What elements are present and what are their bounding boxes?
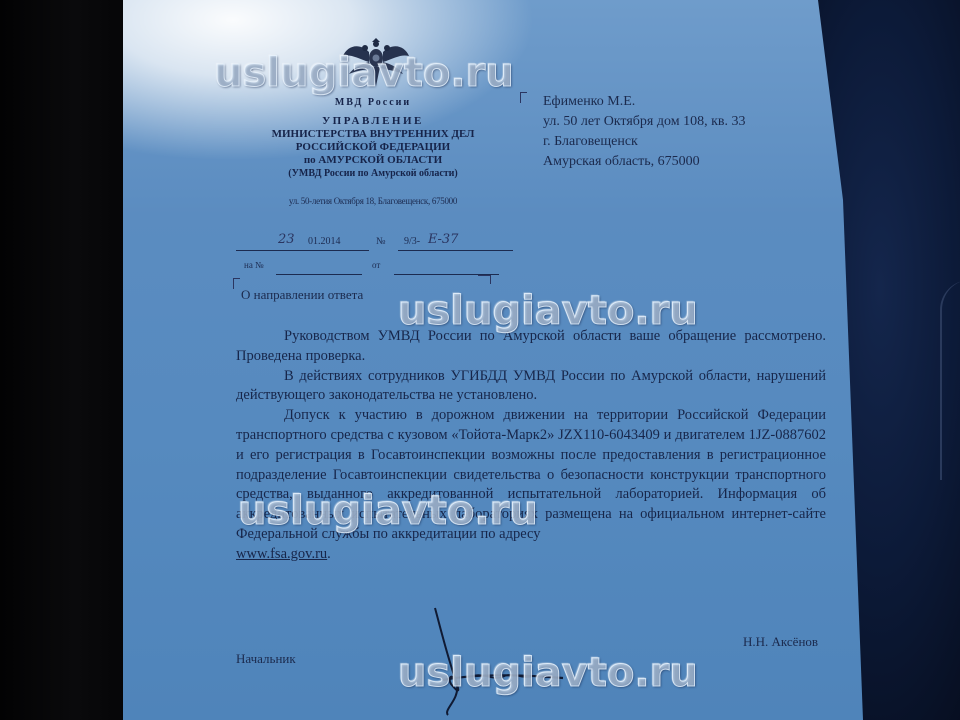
in-reply-label: на № — [244, 260, 264, 270]
number-label: № — [376, 236, 386, 247]
recipient-region: Амурская область, 675000 — [543, 152, 745, 172]
letter-body: Руководством УМВД России по Амурской обл… — [236, 327, 826, 565]
fsa-website-link[interactable]: www.fsa.gov.ru — [236, 546, 327, 562]
handwritten-signature-icon — [413, 600, 573, 720]
body-paragraph-2: В действиях сотрудников УГИБДД УМВД Росс… — [236, 367, 826, 407]
double-headed-eagle-emblem-icon — [341, 34, 411, 92]
recipient-city: г. Благовещенск — [543, 132, 745, 152]
ministry-short-name: МВД России — [223, 96, 523, 109]
org-line-4: по АМУРСКОЙ ОБЛАСТИ — [223, 154, 523, 167]
subject-bracket-left — [233, 278, 240, 289]
letter-paper: МВД России УПРАВЛЕНИЕ МИНИСТЕРСТВА ВНУТР… — [123, 0, 883, 720]
recipient-street: ул. 50 лет Октября дом 108, кв. 33 — [543, 112, 745, 132]
number-handwritten: Е-37 — [428, 232, 458, 247]
body-link-line: www.fsa.gov.ru. — [236, 545, 826, 565]
org-line-3: РОССИЙСКОЙ ФЕДЕРАЦИИ — [223, 141, 523, 154]
subject-bracket-right — [478, 275, 491, 284]
registration-date-number: 23 01.2014 № 9/3- Е-37 — [236, 236, 491, 250]
org-line-5: (УМВД России по Амурской области) — [223, 167, 523, 180]
letterhead-address: ул. 50-летия Октября 18, Благовещенск, 6… — [233, 196, 513, 206]
signatory-title: Начальник — [236, 651, 296, 667]
letterhead-organization: МВД России УПРАВЛЕНИЕ МИНИСТЕРСТВА ВНУТР… — [223, 96, 523, 180]
org-line-2: МИНИСТЕРСТВА ВНУТРЕННИХ ДЕЛ — [223, 128, 523, 141]
letter-subject: О направлении ответа — [241, 287, 363, 303]
body-paragraph-1: Руководством УМВД России по Амурской обл… — [236, 327, 826, 367]
recipient-name: Ефименко М.Е. — [543, 92, 745, 112]
recipient-bracket — [520, 92, 527, 103]
date-printed: 01.2014 — [308, 236, 341, 247]
dark-background-left — [0, 0, 125, 720]
seat-seam — [940, 280, 960, 480]
body-paragraph-3: Допуск к участию в дорожном движении на … — [236, 406, 826, 545]
from-label: от — [372, 260, 380, 270]
signatory-name: Н.Н. Аксёнов — [743, 634, 818, 650]
date-day-handwritten: 23 — [278, 232, 295, 247]
recipient-address: Ефименко М.Е. ул. 50 лет Октября дом 108… — [543, 92, 745, 172]
org-line-1: УПРАВЛЕНИЕ — [223, 115, 523, 128]
number-printed: 9/3- — [404, 236, 420, 247]
link-suffix: . — [327, 546, 331, 562]
in-reply-line: на № от — [236, 260, 491, 274]
